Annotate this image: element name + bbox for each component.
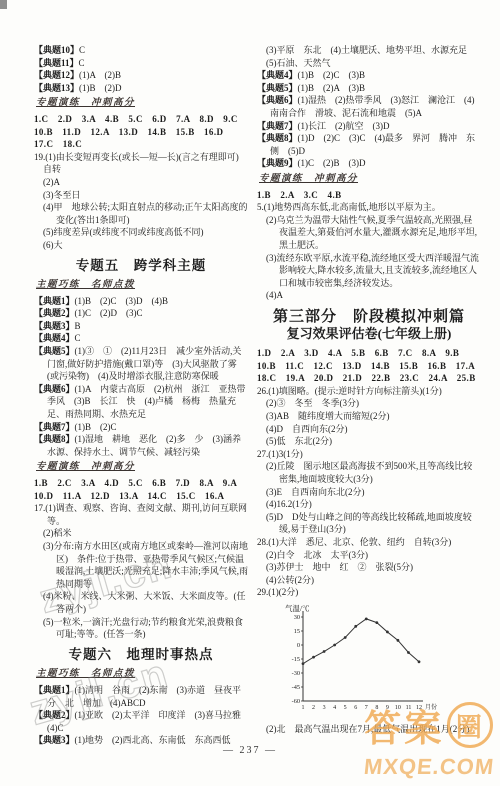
question-tag: 【典题3】: [34, 735, 75, 745]
answer-line: 27.(1)3(1分): [257, 448, 481, 461]
answer-line: 10.D 11.A 12.D 13.A 14.C 15.C 16.A: [34, 490, 248, 503]
answer-line: 【典题4】(1)B (2)C (3)B: [257, 69, 481, 82]
scan-artifact: [0, 0, 7, 9]
answer-line: 17.C 18.C: [34, 138, 248, 151]
svg-text:2: 2: [312, 705, 315, 711]
answer-line: (2)白令 北冰 太平(3分): [266, 549, 481, 562]
answer-line: 5.(1)地势西高东低,北高南低,地形以平原为主。: [257, 201, 481, 214]
question-tag: 【典题1】: [34, 296, 75, 306]
answer-line: 【典题11】C: [34, 57, 248, 70]
answer-line: (3)苏伊士 地中 红 ② 张裂(5分): [266, 561, 481, 574]
answer-line: 【典题8】(1)湿地 耕地 恶化 (2)多 少 (3)涵养水源、保持水土、调节气…: [34, 433, 248, 458]
question-tag: 【典题1】: [34, 685, 75, 695]
answer-line: 【典题6】(1)湿热 (2)热带季风 (3)怒江 澜沧江 (4)南南合作 滑坡、…: [257, 94, 481, 119]
answer-line: (4)公转(2分): [266, 574, 481, 587]
answer-line: 【典题5】(1)③ ① (2)11月23日 减少室外活动,关门窗,做好防护措施(…: [34, 345, 248, 383]
answer-line: 【典题8】(1)D (2)C (3)C (4)最多 界河 腾冲 东侧 (5)D: [257, 132, 481, 157]
answer-line: 【典题2】(1)C (2)D (3)C: [34, 307, 248, 320]
svg-text:-60: -60: [292, 698, 300, 705]
section-heading: 复习效果评估卷(七年级上册): [257, 328, 481, 341]
question-tag: 【典题6】: [257, 95, 298, 105]
answer-line: (2)A: [43, 176, 248, 189]
question-tag: 【典题7】: [34, 422, 75, 432]
svg-text:4: 4: [333, 705, 336, 711]
svg-text:-45: -45: [292, 684, 300, 691]
answer-line: (5)纬度差异(或纬度不同或纬度高低不同): [43, 226, 248, 239]
answer-line: 1.C 2.D 3.A 4.B 5.C 6.D 7.A 8.D 9.C: [34, 113, 248, 126]
subsection-label: 专题演练 冲刺高分: [36, 97, 248, 110]
answer-line: 【典题7】(1)B (2)C: [34, 421, 248, 434]
answer-line: (2)③ 冬至 冬季(3分): [266, 397, 481, 410]
answer-line: (5)一粒米,一滴汗;光盘行动;节约粮食光荣,浪费粮食可耻;等等。(任答一条): [43, 616, 248, 641]
answer-line: 【典题6】(1)A 内蒙古高原 (2)杭州 浙江 亚热带季风 (3)B 长江 快…: [34, 383, 248, 421]
answer-line: (4)米粉、米线、大米粥、大米饭、大米面皮等。(任答两个): [43, 590, 248, 615]
question-tag: 【典题7】: [257, 121, 298, 131]
answer-line: 【典题5】(1)B (2)A (3)B: [257, 82, 481, 95]
answer-line: (3)平原 东北 (4)土壤肥沃、地势平坦、水源充足: [266, 44, 481, 57]
answer-line: 【典题10】C: [34, 44, 248, 57]
answer-line: (3)E 自西南向东北(2分): [266, 486, 481, 499]
answer-line: 1.D 2.A 3.D 4.A 5.B 6.B 7.C 8.A 9.B: [257, 347, 481, 360]
answer-line: (2)乌克兰为温带大陆性气候,夏季气温较高,光照强,昼夜温差大,第聂伯河水量大,…: [266, 214, 481, 252]
question-tag: 【典题2】: [34, 710, 75, 720]
answer-line: 17.(1)调查、观察、咨询、查阅文献、期刊,访问互联网等。: [34, 502, 248, 527]
svg-text:30: 30: [294, 614, 300, 621]
answer-line: (4)16.2(1分): [266, 498, 481, 511]
question-tag: 【典题11】: [34, 58, 79, 68]
svg-text:气温/℃: 气温/℃: [285, 603, 310, 613]
answer-line: 29.(1)(2分): [257, 586, 481, 599]
section-heading: 专题五 跨学科主题: [34, 260, 248, 273]
answer-line: 【典题3】B: [34, 320, 248, 333]
question-tag: 【典题5】: [257, 83, 298, 93]
answer-line: 自转: [43, 163, 248, 176]
answer-line: 1.B 2.A 3.C 4.B: [257, 189, 481, 202]
question-tag: 【典题4】: [257, 70, 298, 80]
answer-line: 【典题13】(1)B (2)D: [34, 82, 248, 95]
answer-line: 10.B 11.C 12.C 13.D 14.B 15.B 16.B 17.A: [257, 360, 481, 373]
answer-line: 19.(1)由长变短再变长(或长—短—长)(言之有理即可): [34, 151, 248, 164]
answer-line: 28.(1)大洋 悉尼、北京、伦敦、纽约 自转(3分): [257, 536, 481, 549]
section-heading: 第三部分 阶段模拟冲刺篇: [257, 311, 481, 324]
answer-line: (5)D D处与山峰之间的等高线比较稀疏,地面坡度较缓,易于登山(3分): [266, 511, 481, 536]
question-tag: 【典题10】: [34, 45, 79, 55]
svg-text:8: 8: [375, 705, 378, 711]
answer-line: 【典题2】(1)亚欧 (2)太平洋 印度洋 (3)喜马拉雅 (4)C: [34, 709, 248, 734]
question-tag: 【典题6】: [34, 384, 75, 394]
answer-line: (4)D 自西向东(2分): [266, 423, 481, 436]
answer-line: 【典题1】(1)B (2)C (3)D (4)B: [34, 295, 248, 308]
answers-column-right: (3)平原 东北 (4)土壤肥沃、地势平坦、水源充足(5)石油、天然气【典题4】…: [257, 44, 481, 735]
svg-text:6: 6: [354, 705, 357, 711]
answer-line: (4)甲 地球公转;太阳直射点的移动;正午太阳高度的变化(答出1条即可): [43, 201, 248, 226]
question-tag: 【典题2】: [34, 308, 75, 318]
question-tag: 【典题5】: [34, 346, 75, 356]
svg-text:10: 10: [395, 705, 401, 711]
svg-text:11: 11: [406, 705, 412, 711]
svg-text:5: 5: [344, 705, 347, 711]
answer-line: 【典题9】(1)C (2)B (3)D: [257, 157, 481, 170]
answer-line: 【典题4】C: [34, 332, 248, 345]
answer-line: 【典题12】(1)A (2)B: [34, 69, 248, 82]
subsection-label: 专题演练 冲刺高分: [36, 461, 248, 474]
svg-text:12: 12: [416, 705, 422, 711]
question-tag: 【典题8】: [257, 133, 298, 143]
question-tag: 【典题3】: [34, 321, 75, 331]
answers-column-left: 【典题10】C【典题11】C【典题12】(1)A (2)B【典题13】(1)B …: [34, 44, 248, 747]
answer-line: 【典题7】(1)长江 (2)航空 (3)D: [257, 120, 481, 133]
svg-text:月份: 月份: [425, 703, 437, 711]
answer-line: (5)石油、天然气: [266, 57, 481, 70]
chart-container: 气温/℃30150-15-30-45-60123456789101112月份: [271, 601, 481, 723]
svg-text:1: 1: [302, 705, 305, 711]
temperature-curve: [303, 619, 419, 664]
subsection-label: 专题演练 冲刺高分: [259, 173, 481, 186]
answer-line: (2)丘陵 图示地区最高海拔不到500米,且等高线比较密集,地面坡度较大(3分): [266, 460, 481, 485]
answer-line: (3)冬至日: [43, 189, 248, 202]
answer-line: (4)A: [266, 289, 481, 302]
question-tag: 【典题8】: [34, 434, 75, 444]
answer-line: 【典题1】(1)清明 谷雨 (2)东南 (3)赤道 昼夜平分 北 增加 (4)A…: [34, 684, 248, 709]
page-number: — 237 —: [223, 745, 277, 756]
svg-text:0: 0: [297, 642, 300, 649]
question-tag: 【典题4】: [34, 333, 75, 343]
svg-text:15: 15: [294, 628, 300, 635]
answer-line: (2)稻米: [43, 527, 248, 540]
answer-line: 26.(1)填图略。(提示:逆时针方向标注箭头)(1分): [257, 385, 481, 398]
answer-line: 10.B 11.D 12.A 13.D 14.B 15.B 16.D: [34, 126, 248, 139]
logo-domain: MXQE.COM: [362, 754, 495, 780]
svg-text:7: 7: [365, 705, 368, 711]
answer-line: 【典题3】(1)地势 (2)西北高、东南低 东高西低: [34, 734, 248, 747]
question-tag: 【典题12】: [34, 70, 79, 80]
answer-line: (2)北 最高气温出现在7月,最低气温出现在1月(2分): [266, 723, 481, 736]
svg-text:-30: -30: [292, 670, 300, 677]
answer-line: (3)AB 随纬度增大而缩短(2分): [266, 410, 481, 423]
svg-text:3: 3: [323, 705, 326, 711]
subsection-label: 主题巧练 名师点拨: [36, 279, 248, 292]
temperature-line-chart: 气温/℃30150-15-30-45-60123456789101112月份: [271, 601, 449, 719]
svg-text:-15: -15: [292, 656, 300, 663]
question-tag: 【典题13】: [34, 83, 79, 93]
answer-line: 1.B 2.C 3.A 4.D 5.C 6.B 7.D 8.A 9.A: [34, 477, 248, 490]
question-tag: 【典题9】: [257, 158, 298, 168]
answer-line: (3)流经东欧平原,水流平稳,流经地区受大西洋暖湿气流影响较大,降水较多,流量大…: [266, 252, 481, 290]
answer-line: 18.C 19.A 20.D 21.D 22.B 23.C 24.A 25.B: [257, 372, 481, 385]
answer-line: (6)大: [43, 239, 248, 252]
section-heading: 专题六 地理时事热点: [34, 649, 248, 662]
answer-line: (3)分布:南方水田区(或南方地区或秦岭—淮河以南地区) 条件:位于热带、亚热带…: [43, 540, 248, 590]
subsection-label: 主题巧练 名师点拨: [36, 668, 248, 681]
svg-text:9: 9: [386, 705, 389, 711]
answer-line: (5)低 东北(2分): [266, 435, 481, 448]
